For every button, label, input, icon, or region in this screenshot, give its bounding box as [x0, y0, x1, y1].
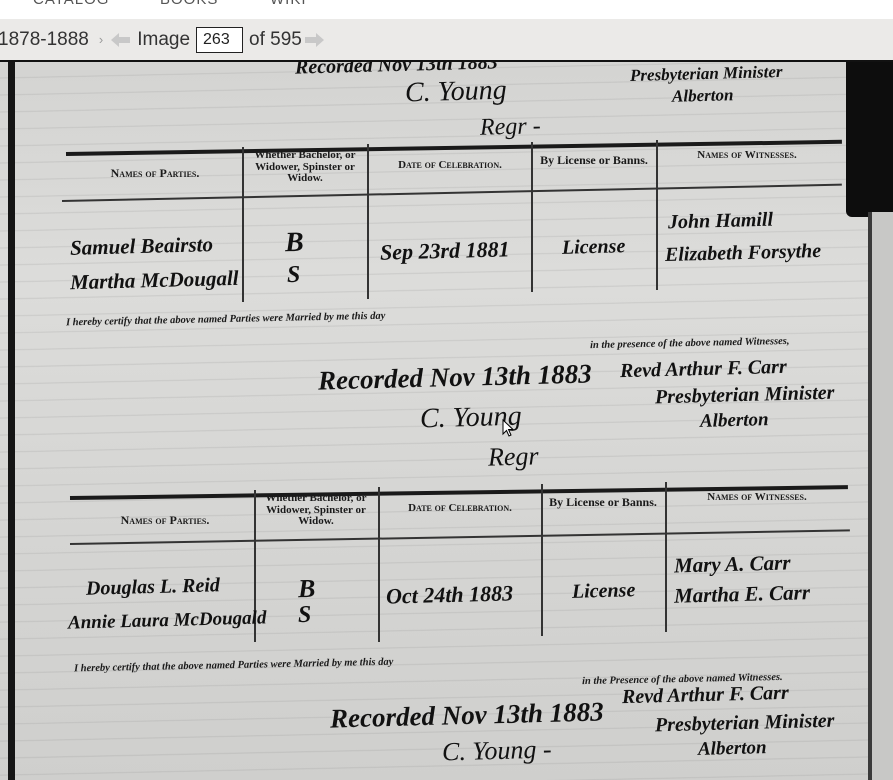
header2-witnesses: Names of Witnesses. [672, 492, 842, 504]
adjacent-page-edge [868, 212, 893, 780]
breadcrumb-collection[interactable]: 1878-1888 [0, 29, 89, 51]
arrow-left-icon[interactable] [111, 32, 131, 48]
entry2-party1: Douglas L. Reid [86, 574, 220, 600]
image-label: Image [137, 29, 190, 51]
nav-catalog[interactable]: CATALOG [33, 0, 109, 8]
entry2-minister-title: Presbyterian Minister [655, 710, 835, 738]
page-number-input[interactable] [196, 27, 243, 53]
header-status: Whether Bachelor, or Widower, Spinster o… [244, 150, 366, 185]
nav-wiki[interactable]: WIKI [270, 0, 307, 8]
nav-books[interactable]: BOOKS [160, 0, 218, 8]
entry1-status2: S [287, 262, 301, 289]
arrow-right-icon[interactable] [304, 32, 324, 48]
top-place: Alberton [672, 85, 734, 107]
entry2-license: License [572, 579, 636, 604]
breadcrumb-chevron-icon: › [99, 32, 103, 47]
header2-status: Whether Bachelor, or Widower, Spinster o… [255, 493, 377, 528]
entry1-status1: B [285, 227, 305, 259]
entry1-party1: Samuel Beairsto [70, 232, 214, 261]
header-license: By License or Banns. [533, 154, 655, 167]
entry1-party2: Martha McDougall [70, 266, 239, 295]
header-date: Date of Celebration. [372, 160, 528, 172]
header2-names-of-parties: Names of Parties. [90, 514, 240, 527]
entry1-date: Sep 23rd 1881 [380, 236, 510, 265]
entry2-date: Oct 24th 1883 [386, 580, 514, 609]
entry2-witness1: Mary A. Carr [674, 550, 791, 578]
header2-date: Date of Celebration. [382, 503, 538, 515]
entry1-minister-title: Presbyterian Minister [655, 382, 835, 410]
entry2-status2: S [298, 602, 312, 629]
entry2-witness2: Martha E. Carr [674, 580, 811, 609]
entry2-status1: B [298, 574, 316, 604]
entry2-registrar-signature: C. Young - [442, 735, 552, 768]
total-pages-label: of 595 [249, 29, 302, 51]
top-registrar-signature: C. Young [405, 75, 507, 110]
entry1-registrar-suffix: Regr [488, 441, 539, 472]
page-binding-edge [8, 62, 15, 780]
top-minister-title: Presbyterian Minister [630, 62, 783, 86]
scanned-register-page: Recorded Nov 13th 1883 C. Young Regr - P… [0, 62, 893, 780]
image-toolbar: 1878-1888 › Image of 595 [0, 19, 893, 60]
entry1-witness1: John Hamill [668, 209, 774, 235]
entry2-place: Alberton [698, 737, 767, 761]
entry2-minister: Revd Arthur F. Carr [622, 682, 789, 709]
entry1-place: Alberton [700, 409, 769, 433]
header-names-of-parties: Names of Parties. [80, 167, 230, 180]
entry1-minister: Revd Arthur F. Carr [620, 356, 787, 383]
page-dark-edge [846, 62, 893, 217]
entry1-witness2: Elizabeth Forsythe [665, 240, 822, 267]
header-witnesses: Names of Witnesses. [662, 150, 832, 162]
header2-license: By License or Banns. [542, 496, 664, 509]
top-nav: CATALOG BOOKS WIKI [0, 0, 893, 19]
entry1-license: License [562, 235, 626, 260]
mouse-cursor-icon [502, 419, 514, 437]
top-registrar-suffix: Regr - [480, 113, 541, 142]
image-viewer[interactable]: Recorded Nov 13th 1883 C. Young Regr - P… [0, 60, 893, 780]
